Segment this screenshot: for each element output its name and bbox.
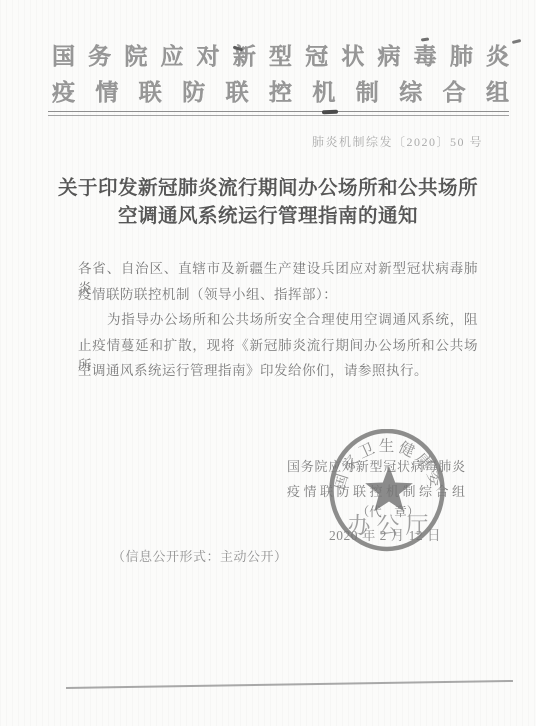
star-icon <box>365 466 413 511</box>
scan-smudge-on-rule <box>322 110 338 114</box>
letterhead-line-2: 疫情联防联控机制综合组 <box>52 78 509 108</box>
scan-speck-top-2 <box>512 39 521 44</box>
notice-title-line-2: 空调通风系统运行管理指南的通知 <box>34 203 502 231</box>
notice-title: 关于印发新冠肺炎流行期间办公场所和公共场所 空调通风系统运行管理指南的通知 <box>34 175 502 230</box>
seal-bottom-text: 办公厅 <box>348 513 435 538</box>
footer-rule <box>66 680 513 689</box>
official-seal: 国家卫生健康委 办公厅 <box>328 429 446 553</box>
document-number: 肺炎机制综发〔2020〕50 号 <box>240 133 483 150</box>
scanned-notice-page: 国务院应对新型冠状病毒肺炎 疫情联防联控机制综合组 肺炎机制综发〔2020〕50… <box>0 0 536 726</box>
letterhead-divider-rule <box>48 111 509 116</box>
notice-title-line-1: 关于印发新冠肺炎流行期间办公场所和公共场所 <box>34 175 502 203</box>
body-line-paragraph-1: 为指导办公场所和公共场所安全合理使用空调通风系统，阻 <box>78 310 478 330</box>
letterhead-line-1: 国务院应对新型冠状病毒肺炎 <box>52 42 509 72</box>
body-line-paragraph-3: 空调通风系统运行管理指南》印发给你们，请参照执行。 <box>78 361 478 381</box>
disclosure-note: （信息公开形式：主动公开） <box>112 546 288 565</box>
body-line-recipients-2: 疫情联防联控机制（领导小组、指挥部）： <box>78 285 478 305</box>
scan-speck-top-1 <box>421 37 429 41</box>
